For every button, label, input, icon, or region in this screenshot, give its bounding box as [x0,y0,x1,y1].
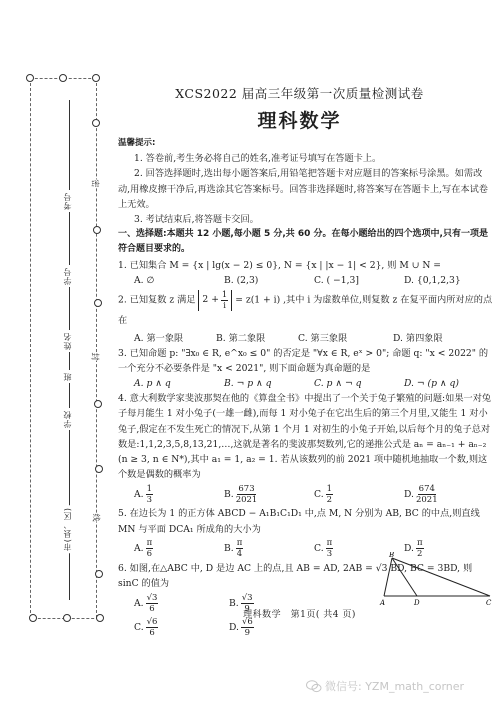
options-row: A. 第一象限 B. 第二象限 C. 第三象限 D. 第四象限 [118,331,494,346]
wechat-icon [306,680,322,693]
question-stem: 4. 意大利数学家斐波那契在他的《算盘全书》中提出了一个关于兔子繁殖的问题:如果… [118,391,494,482]
svg-text:C: C [486,599,492,607]
options-row: A. p ∧ q B. ¬ p ∧ q C. p ∧ ¬ q D. ¬ (p ∧… [118,376,494,391]
binding-hole [94,299,102,307]
option-a: A. 第一象限 [134,331,216,346]
option-d: D. 第四象限 [393,331,488,346]
option-b: B. ¬ p ∧ q [224,376,314,391]
binding-hole [26,74,34,82]
seal-mark-xian: 线 [91,514,102,522]
question-stem: 1. 已知集合 M = {x | lg(x − 2) ≤ 0}, N = {x … [118,258,494,273]
option-a: A. ∅ [134,273,224,288]
binding-hole [59,74,67,82]
label-city-county: 市(县、区) [62,505,73,553]
watermark: 微信号: YZM_math_corner [306,678,464,694]
option-a: A. p ∧ q [134,376,224,391]
binding-hole [93,226,101,234]
options-row: A.13 B.6732021 C.12 D.6742021 [118,482,494,506]
option-d: D. {0,1,2,3} [404,273,494,288]
notice-item-2: 2. 回答选择题时,选出每小题答案后,用铅笔把答题卡对应题目的答案标号涂黑。如需… [118,166,494,212]
label-school: 学校 [62,408,73,430]
notice-item-1: 1. 答卷前,考生务必将自己的姓名,准考证号填写在答题卡上。 [118,151,494,166]
svg-text:A: A [379,599,385,607]
option-b: B. (2,3) [224,273,314,288]
binding-hole [94,400,102,408]
question-1: 1. 已知集合 M = {x | lg(x − 2) ≤ 0}, N = {x … [118,258,494,288]
option-d: D. ¬ (p ∧ q) [404,376,494,391]
option-a: A.π6 [134,538,224,559]
seal-mark-feng: 封 [90,353,101,361]
absolute-value-expression: 2 + 1 i [198,290,232,311]
svg-text:B: B [388,552,394,559]
label-exam-number: 考号 [62,190,73,212]
question-stem: 2. 已知复数 z 满足 2 + 1 i = z(1 + i) ,其中 i 为虚… [118,290,494,331]
option-d: D.6742021 [404,484,494,505]
option-b: B.6732021 [224,484,314,505]
label-student-number: 学号 [62,265,73,287]
exam-title: XCS2022 届高三年级第一次质量检测试卷 [0,84,499,102]
option-c: C. ( −1,3] [314,273,404,288]
notice-item-3: 3. 考试结束后,将答题卡交回。 [118,212,494,227]
exam-page: 考号 学号 姓名 班 学校 市(县、区) 密 封 线 XCS2022 届高三年级… [0,0,499,706]
options-row: A. ∅ B. (2,3) C. ( −1,3] D. {0,1,2,3} [118,273,494,288]
seal-mark-mi: 密 [90,180,101,188]
option-c: C. 第三象限 [298,331,393,346]
notice-heading: 温馨提示: [118,136,494,151]
option-b: B. 第二象限 [216,331,298,346]
section-title: 一、选择题:本题共 12 小题,每小题 5 分,共 60 分。在每小题给出的四个… [118,227,494,257]
option-c: C. p ∧ ¬ q [314,376,404,391]
label-class: 班 [62,370,73,383]
svg-text:D: D [413,599,420,607]
label-name: 姓名 [62,330,73,352]
page-footer: 理科数学 第1页( 共4 页) [0,607,499,620]
question-4: 4. 意大利数学家斐波那契在他的《算盘全书》中提出了一个关于兔子繁殖的问题:如果… [118,391,494,506]
watermark-text: 微信号: YZM_math_corner [325,678,464,694]
binding-hole [92,74,100,82]
outer-dash-line [30,78,31,618]
option-a: A.13 [134,484,224,505]
binding-hole [95,570,103,578]
binding-hole [95,465,103,473]
option-c: C.12 [314,484,404,505]
question-stem: 3. 已知命题 p: "∃x₀ ∈ R, e^x₀ ≤ 0" 的否定是 "∀x … [118,346,494,376]
question-stem: 5. 在边长为 1 的正方体 ABCD − A₁B₁C₁D₁ 中,点 M, N … [118,506,494,536]
subject-title: 理科数学 [0,106,499,133]
question-3: 3. 已知命题 p: "∃x₀ ∈ R, e^x₀ ≤ 0" 的否定是 "∀x … [118,346,494,391]
seal-dash-line [96,78,97,618]
question-2: 2. 已知复数 z 满足 2 + 1 i = z(1 + i) ,其中 i 为虚… [118,290,494,346]
option-b: B.π4 [224,538,314,559]
